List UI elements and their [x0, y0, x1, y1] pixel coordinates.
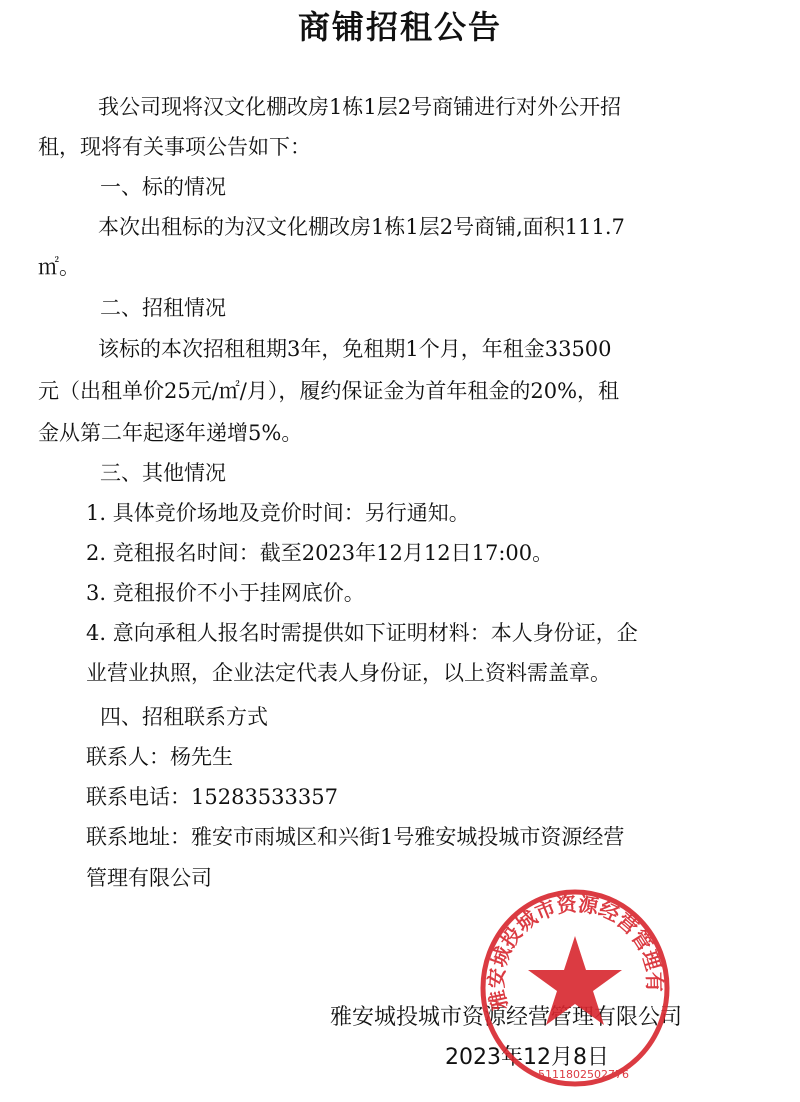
- contact-person: 联系人：杨先生: [86, 743, 233, 771]
- section-3-item: 4. 意向承租人报名时需提供如下证明材料：本人身份证，企: [86, 619, 638, 647]
- section-4-heading: 四、招租联系方式: [100, 703, 268, 731]
- contact-phone: 联系电话：15283533357: [86, 783, 338, 811]
- section-3-item: 2. 竞租报名时间：截至2023年12月12日17:00。: [86, 539, 553, 567]
- contact-address: 管理有限公司: [86, 864, 212, 892]
- svg-text:5111802502776: 5111802502776: [538, 1068, 629, 1081]
- section-1-text: 本次出租标的为汉文化棚改房1栋1层2号商铺,面积111.7: [98, 213, 625, 241]
- section-2-text: 金从第二年起逐年递增5%。: [38, 419, 302, 447]
- page-title: 商铺招租公告: [0, 2, 800, 48]
- company-seal-stamp-icon: 雅安城投城市资源经营管理有限公司 5111802502776: [478, 888, 672, 1088]
- section-1-text: ㎡。: [38, 253, 80, 281]
- section-3-heading: 三、其他情况: [100, 459, 226, 487]
- contact-address: 联系地址：雅安市雨城区和兴街1号雅安城投城市资源经营: [86, 823, 624, 851]
- section-3-item: 1. 具体竞价场地及竞价时间：另行通知。: [86, 499, 470, 527]
- intro-line-1: 我公司现将汉文化棚改房1栋1层2号商铺进行对外公开招: [98, 93, 621, 121]
- section-3-item: 3. 竞租报价不小于挂网底价。: [86, 579, 365, 607]
- section-2-text: 元（出租单价25元/㎡/月），履约保证金为首年租金的20%，租: [38, 377, 619, 405]
- section-1-heading: 一、标的情况: [100, 173, 226, 201]
- section-2-heading: 二、招租情况: [100, 294, 226, 322]
- section-2-text: 该标的本次招租租期3年，免租期1个月，年租金33500: [98, 335, 612, 363]
- section-3-item: 业营业执照，企业法定代表人身份证，以上资料需盖章。: [86, 659, 611, 687]
- intro-line-2: 租，现将有关事项公告如下：: [38, 133, 311, 161]
